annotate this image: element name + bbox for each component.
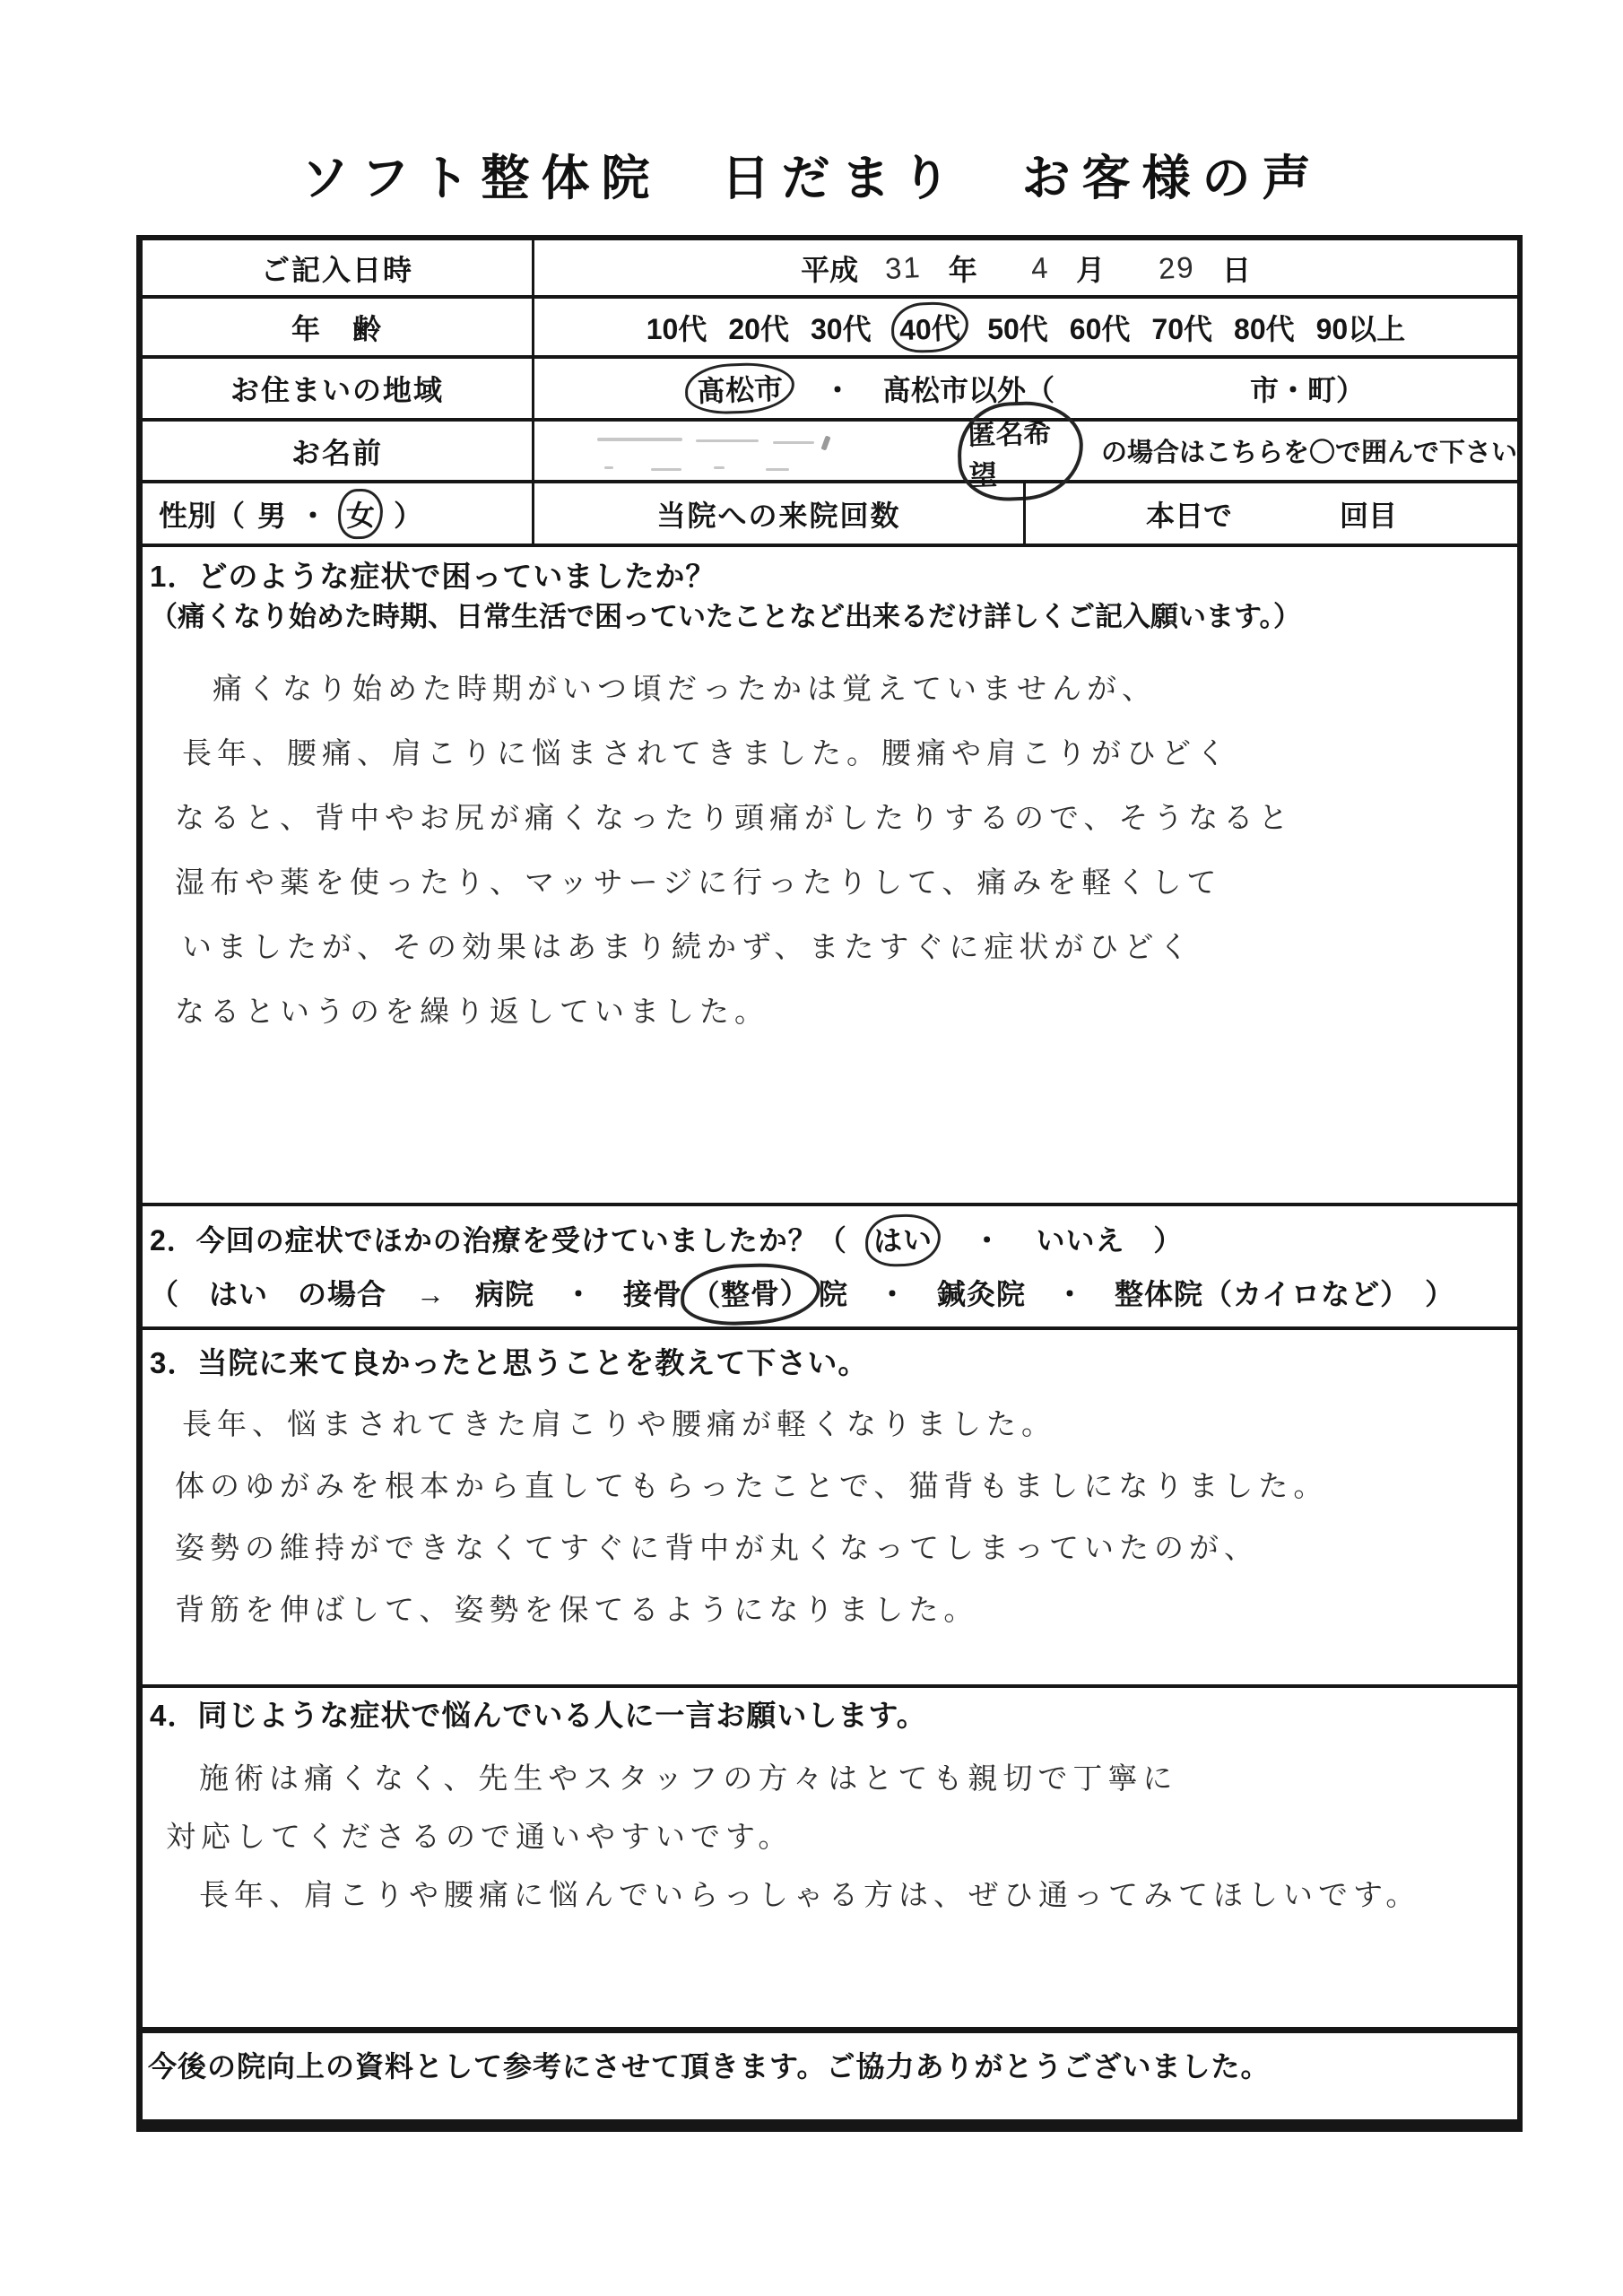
page-title: ソフト整体院 日だまり お客様の声 (0, 140, 1623, 209)
anonymous-note: の場合はこちらを〇で囲んで下さい (1101, 432, 1517, 469)
section4-handwritten-answer: 施術は痛くなく、先生やスタッフの方々はとても親切で丁寧に 対応してくださるので通… (150, 1749, 1510, 1924)
handwritten-line: 対応してくださるので通いやすいです。 (150, 1807, 1510, 1865)
section4-heading: 4．同じような症状で悩んでいる人に一言お願いします。 (150, 1695, 1510, 1736)
section2-no: いいえ (1037, 1224, 1125, 1257)
section2-sub-prefix: （ はい の場合 → 病院 ・ 接骨 (150, 1278, 682, 1310)
handwritten-line: 長年、肩こりや腰痛に悩んでいらっしゃる方は、ぜひ通ってみてほしいです。 (150, 1865, 1510, 1924)
gender-female-selected-circle: 女 (337, 488, 384, 540)
month-unit: 月 (1076, 248, 1105, 289)
handwritten-line: 湿布や薬を使ったり、マッサージに行ったりして、痛みを軽くして (150, 850, 1510, 915)
handwritten-line: いましたが、その効果はあまり続かず、またすぐに症状がひどく (150, 915, 1510, 979)
age-option: 20代 (728, 307, 789, 348)
section2-options-line: （ はい の場合 → 病院 ・ 接骨（整骨）院 ・ 鍼灸院 ・ 整体院（カイロな… (150, 1269, 1510, 1319)
row-date: ご記入日時 平成 31 年 4 月 29 日 (143, 240, 1517, 299)
area-line: 髙松市 ・ 髙松市以外（ 市・町） (534, 368, 1365, 409)
gender-cell: 性別（ 男 ・ 女 ） (143, 483, 534, 544)
age-label: 年 齢 (143, 299, 534, 355)
section2-close: ） (1153, 1224, 1183, 1257)
day-unit: 日 (1222, 248, 1251, 289)
age-option: 10代 (647, 307, 707, 348)
era-label: 平成 (801, 248, 858, 289)
date-value-cell: 平成 31 年 4 月 29 日 (534, 240, 1517, 295)
section2-question-line: 2．今回の症状でほかの治療を受けていましたか？（ はい ・ いいえ ） (150, 1219, 1510, 1262)
handwritten-line: 長年、腰痛、肩こりに悩まされてきました。腰痛や肩こりがひどく (150, 721, 1510, 786)
handwritten-line: 体のゆがみを根本から直してもらったことで、猫背もましになりました。 (150, 1455, 1510, 1517)
gender-dot: ・ (299, 493, 327, 535)
handwritten-line: なると、背中やお尻が痛くなったり頭痛がしたりするので、そうなると (150, 786, 1510, 850)
age-options-cell: 10代 20代 30代 40代 50代 60代 70代 80代 90以上 (534, 299, 1517, 355)
gender-male: 男 (257, 493, 286, 535)
handwritten-line: 施術は痛くなく、先生やスタッフの方々はとても親切で丁寧に (150, 1749, 1510, 1807)
age-option: 80代 (1234, 307, 1295, 348)
section2-heading: 2．今回の症状でほかの治療を受けていましたか？（ (150, 1224, 847, 1257)
today-label: 本日で (1146, 493, 1232, 535)
section1-handwritten-answer: 痛くなり始めた時期がいつ頃だったかは覚えていませんが、 長年、腰痛、肩こりに悩ま… (150, 657, 1510, 1044)
row-name: お名前 匿名希望 の場合はこちらを〇で囲んで下さい (143, 422, 1517, 483)
row-gender-visits: 性別（ 男 ・ 女 ） 当院への来院回数 本日で 回目 (143, 483, 1517, 547)
scanned-feedback-form: { "title": "ソフト整体院 日だまり お客様の声", "table":… (0, 0, 1623, 2296)
day-value-handwritten: 29 (1158, 249, 1196, 285)
section1-note: （痛くなり始めた時期、日常生活で困っていたことなど出来るだけ詳しくご記入願います… (150, 597, 1510, 637)
age-option: 70代 (1151, 307, 1212, 348)
age-option-selected-circle: 40代 (890, 300, 969, 353)
visits-count-cell: 本日で 回目 (1026, 483, 1517, 544)
name-label: お名前 (143, 422, 534, 480)
month-value-handwritten: 4 (1030, 250, 1050, 285)
gender-prefix: 性別（ (159, 493, 245, 535)
date-line: 平成 31 年 4 月 29 日 (534, 248, 1517, 289)
footer-thanks-text: 今後の院向上の資料として参考にさせて頂きます。ご協力ありがとうございました。 (148, 2044, 1270, 2085)
yes-selected-circle: はい (864, 1213, 942, 1268)
age-option: 50代 (987, 307, 1048, 348)
section3-heading: 3．当院に来て良かったと思うことを教えて下さい。 (150, 1343, 1510, 1384)
handwritten-line: 痛くなり始めた時期がいつ頃だったかは覚えていませんが、 (150, 657, 1510, 721)
count-suffix: 回目 (1340, 493, 1397, 535)
section3-handwritten-answer: 長年、悩まされてきた肩こりや腰痛が軽くなりました。 体のゆがみを根本から直しても… (150, 1393, 1510, 1640)
handwritten-line: なるというのを繰り返していました。 (150, 979, 1510, 1044)
name-line: 匿名希望 の場合はこちらを〇で囲んで下さい (534, 407, 1517, 495)
gender-suffix: ） (394, 493, 422, 535)
area-other-suffix: 市・町） (1250, 368, 1365, 409)
section2-dot: ・ (973, 1224, 1002, 1257)
date-label: ご記入日時 (143, 240, 534, 295)
section-other-treatment: 2．今回の症状でほかの治療を受けていましたか？（ はい ・ いいえ ） （ はい… (143, 1206, 1517, 1330)
form-table: ご記入日時 平成 31 年 4 月 29 日 年 齢 10代 20代 30代 4… (136, 235, 1523, 2132)
visits-label: 当院への来院回数 (534, 483, 1026, 544)
footer-row: 今後の院向上の資料として参考にさせて頂きます。ご協力ありがとうございました。 (143, 2033, 1517, 2120)
age-option: 60代 (1070, 307, 1131, 348)
age-options: 10代 20代 30代 40代 50代 60代 70代 80代 90以上 (534, 307, 1517, 348)
section2-sub-suffix: 院 ・ 鍼灸院 ・ 整体院（カイロなど） ） (819, 1278, 1454, 1310)
section-symptoms: 1．どのような症状で困っていましたか？ （痛くなり始めた時期、日常生活で困ってい… (143, 547, 1517, 1206)
section1-heading: 1．どのような症状で困っていましたか？ (150, 556, 1510, 597)
name-value-cell: 匿名希望 の場合はこちらを〇で囲んで下さい (534, 422, 1517, 480)
row-age: 年 齢 10代 20代 30代 40代 50代 60代 70代 80代 90以上 (143, 299, 1517, 359)
redacted-name-marks (597, 430, 823, 472)
seikotsu-selected-circle: （整骨） (680, 1261, 821, 1326)
section-good-points: 3．当院に来て良かったと思うことを教えて下さい。 長年、悩まされてきた肩こりや腰… (143, 1330, 1517, 1688)
area-dot: ・ (823, 368, 852, 409)
year-value-handwritten: 31 (884, 249, 923, 285)
handwritten-line: 長年、悩まされてきた肩こりや腰痛が軽くなりました。 (150, 1393, 1510, 1455)
age-option: 30代 (811, 307, 872, 348)
section-message: 4．同じような症状で悩んでいる人に一言お願いします。 施術は痛くなく、先生やスタ… (143, 1688, 1517, 2033)
age-option: 90以上 (1316, 307, 1406, 348)
handwritten-line: 姿勢の維持ができなくてすぐに背中が丸くなってしまっていたのが、 (150, 1517, 1510, 1578)
handwritten-line: 背筋を伸ばして、姿勢を保てるようになりました。 (150, 1578, 1510, 1640)
area-label: お住まいの地域 (143, 359, 534, 418)
year-unit: 年 (949, 248, 977, 289)
